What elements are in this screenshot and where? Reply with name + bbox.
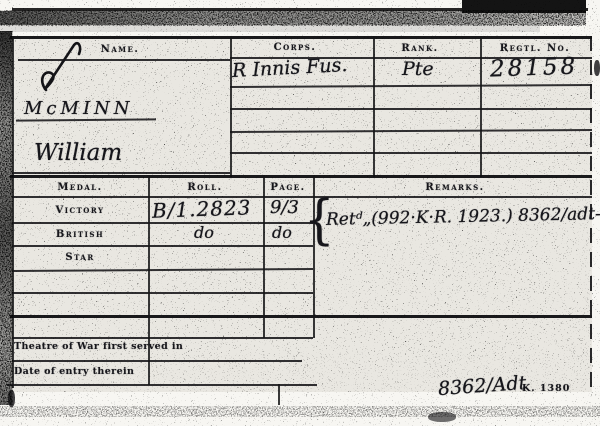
medal-row-rule-4 [12,292,313,294]
theatre-of-war-label: Theatre of War first served in [14,341,183,352]
scan-black-block [462,0,586,13]
surname-value: McMINN [24,98,134,119]
medal-table-mid-border [10,315,592,318]
handwritten-check-mark [36,38,88,98]
date-of-entry-label: Date of entry therein [14,366,134,377]
form-number: K. 1380 [522,383,570,394]
page-ditto-british: do [272,223,292,242]
medal-row-star: Star [30,252,130,263]
medal-row-british: British [30,229,130,240]
forename-rule [12,172,230,174]
scan-edge-mark [594,60,600,76]
roll-page-divider [263,175,265,338]
medal-roll-divider [148,175,150,385]
regtl-no-value: 28158 [490,53,579,82]
scan-bottom-smudge [428,412,456,422]
scan-bottom-left-mark [8,390,15,407]
card-left-border [12,36,14,388]
roll-header: Roll. [170,182,240,193]
scanned-medal-index-card: Name. Corps. Rank. Regtl. No. Medal. Rol… [0,0,600,426]
theatre-rule [12,360,302,362]
medal-row-victory: Victory [30,205,130,216]
date-entry-tick [278,384,280,405]
medal-header: Medal. [40,182,120,193]
page-value-victory: 9/3 [270,197,299,218]
medal-row-rule-6 [12,337,313,339]
medal-table-top-border [10,175,592,178]
scan-dark-band [0,11,586,25]
card-top-border [10,36,592,39]
medal-header-rule [12,196,592,198]
remarks-header: Remarks. [390,182,520,193]
medal-row-rule-2 [12,245,313,247]
corps-label: Corps. [250,42,340,53]
regtl-no-label: Regtl. No. [485,43,585,54]
roll-value-victory: B/1.2823 [152,195,252,222]
rank-label: Rank. [385,43,455,54]
date-entry-rule [7,384,317,386]
forename-value: William [34,140,122,166]
roll-ditto-british: do [194,223,214,242]
scan-dark-band-fade [0,25,540,32]
service-row-rule-4 [230,152,592,154]
service-row-rule-2 [230,108,592,110]
rank-value: Pte [402,58,434,80]
scan-left-edge-strip [0,31,12,405]
reference-handwritten: 8362/Adt [437,372,527,400]
